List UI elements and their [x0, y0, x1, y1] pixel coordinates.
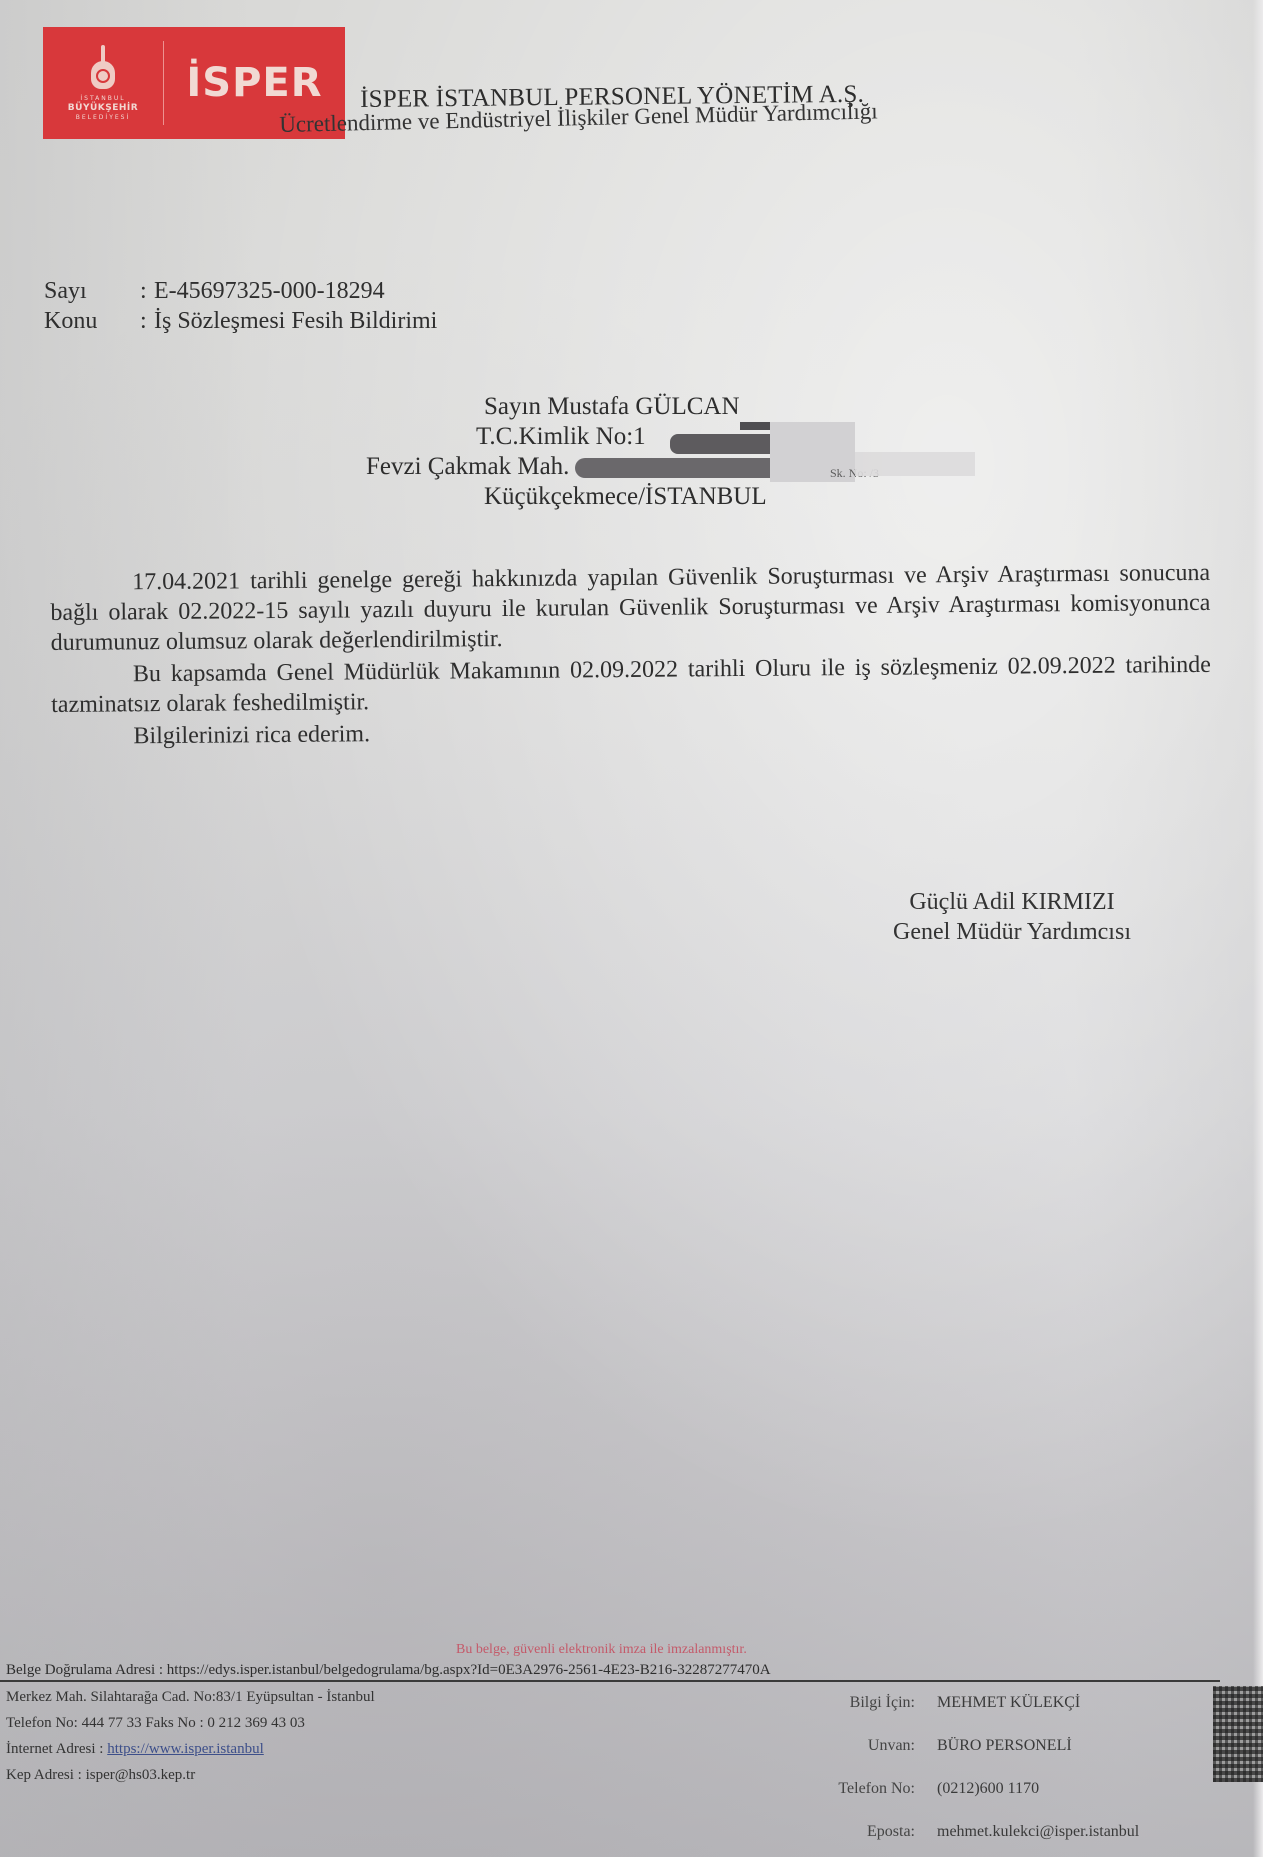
contact-row-phone: Telefon No: (0212)600 1170 — [800, 1767, 1139, 1810]
internet-link[interactable]: https://www.isper.istanbul — [107, 1741, 264, 1757]
letter-body: 17.04.2021 tarihli genelge gereği hakkın… — [50, 558, 1212, 752]
contact-value: MEHMET KÜLEKÇİ — [937, 1694, 1080, 1712]
addressee-name: Sayın Mustafa GÜLCAN — [360, 392, 920, 422]
qr-code-icon — [1213, 1686, 1263, 1782]
redaction-mark — [575, 458, 770, 478]
kep-label: Kep Adresi : — [6, 1767, 86, 1783]
ibb-logo-bottom-text: BELEDİYESİ — [76, 114, 130, 122]
signatory-name: Güçlü Adil KIRMIZI — [862, 887, 1162, 917]
verification-line: Belge Doğrulama Adresi : https://edys.is… — [6, 1662, 771, 1679]
signatory-title: Genel Müdür Yardımcısı — [862, 917, 1162, 947]
contact-value: mehmet.kulekci@isper.istanbul — [937, 1823, 1139, 1841]
konu-separator: : — [140, 306, 154, 336]
addressee-street-line: Fevzi Çakmak Mah. Sk. No: /3 — [360, 452, 920, 482]
addressee-id-label: T.C.Kimlik No:1 — [476, 423, 646, 450]
contact-row-title: Unvan: BÜRO PERSONELİ — [800, 1724, 1139, 1767]
contact-value: BÜRO PERSONELİ — [937, 1737, 1072, 1755]
konu-value: İş Sözleşmesi Fesih Bildirimi — [154, 306, 437, 336]
ibb-logo-main-text: BÜYÜKŞEHİR — [68, 103, 138, 114]
document-meta: Sayı : E-45697325-000-18294 Konu : İş Sö… — [44, 276, 437, 336]
addressee-street: Fevzi Çakmak Mah. — [366, 453, 569, 480]
ibb-logo: İSTANBUL BÜYÜKŞEHİR BELEDİYESİ — [43, 27, 163, 139]
contact-label: Eposta: — [800, 1823, 937, 1841]
contact-label: Unvan: — [800, 1737, 937, 1755]
internet-label: İnternet Adresi : — [6, 1741, 107, 1757]
meta-sayi: Sayı : E-45697325-000-18294 — [44, 276, 437, 306]
isper-logo: İSPER — [164, 60, 345, 106]
electronic-signature-note: Bu belge, güvenli elektronik imza ile im… — [456, 1642, 747, 1658]
meta-konu: Konu : İş Sözleşmesi Fesih Bildirimi — [44, 306, 437, 336]
istanbul-municipality-emblem-icon — [88, 45, 118, 89]
redaction-mark — [855, 452, 975, 476]
footer-responsible-contact: Bilgi İçin: MEHMET KÜLEKÇİ Unvan: BÜRO P… — [800, 1681, 1139, 1853]
footer-kep: Kep Adresi : isper@hs03.kep.tr — [6, 1762, 375, 1788]
sayi-separator: : — [140, 276, 154, 306]
contact-label: Telefon No: — [800, 1780, 937, 1798]
body-paragraph-1: 17.04.2021 tarihli genelge gereği hakkın… — [50, 558, 1211, 658]
contact-value: (0212)600 1170 — [937, 1780, 1039, 1798]
footer-internet: İnternet Adresi : https://www.isper.ista… — [6, 1736, 375, 1762]
kep-value: isper@hs03.kep.tr — [86, 1767, 196, 1783]
ibb-logo-top-text: İSTANBUL — [80, 95, 125, 103]
signature-block: Güçlü Adil KIRMIZI Genel Müdür Yardımcıs… — [862, 887, 1162, 947]
verification-url[interactable]: https://edys.isper.istanbul/belgedogrula… — [167, 1662, 771, 1678]
konu-label: Konu — [44, 306, 140, 336]
footer-address: Merkez Mah. Silahtarağa Cad. No:83/1 Eyü… — [6, 1684, 375, 1710]
sayi-label: Sayı — [44, 276, 140, 306]
footer-contact-info: Merkez Mah. Silahtarağa Cad. No:83/1 Eyü… — [6, 1684, 375, 1788]
contact-row-email: Eposta: mehmet.kulekci@isper.istanbul — [800, 1810, 1139, 1853]
sayi-value: E-45697325-000-18294 — [154, 276, 385, 306]
footer-phone-fax: Telefon No: 444 77 33 Faks No : 0 212 36… — [6, 1710, 375, 1736]
contact-row-info: Bilgi İçin: MEHMET KÜLEKÇİ — [800, 1681, 1139, 1724]
paper-edge — [1253, 0, 1263, 1857]
verification-label: Belge Doğrulama Adresi : — [6, 1662, 167, 1678]
body-paragraph-2: Bu kapsamda Genel Müdürlük Makamının 02.… — [51, 650, 1211, 720]
addressee-block: Sayın Mustafa GÜLCAN T.C.Kimlik No:1 Fev… — [360, 392, 920, 512]
contact-label: Bilgi İçin: — [800, 1694, 937, 1712]
